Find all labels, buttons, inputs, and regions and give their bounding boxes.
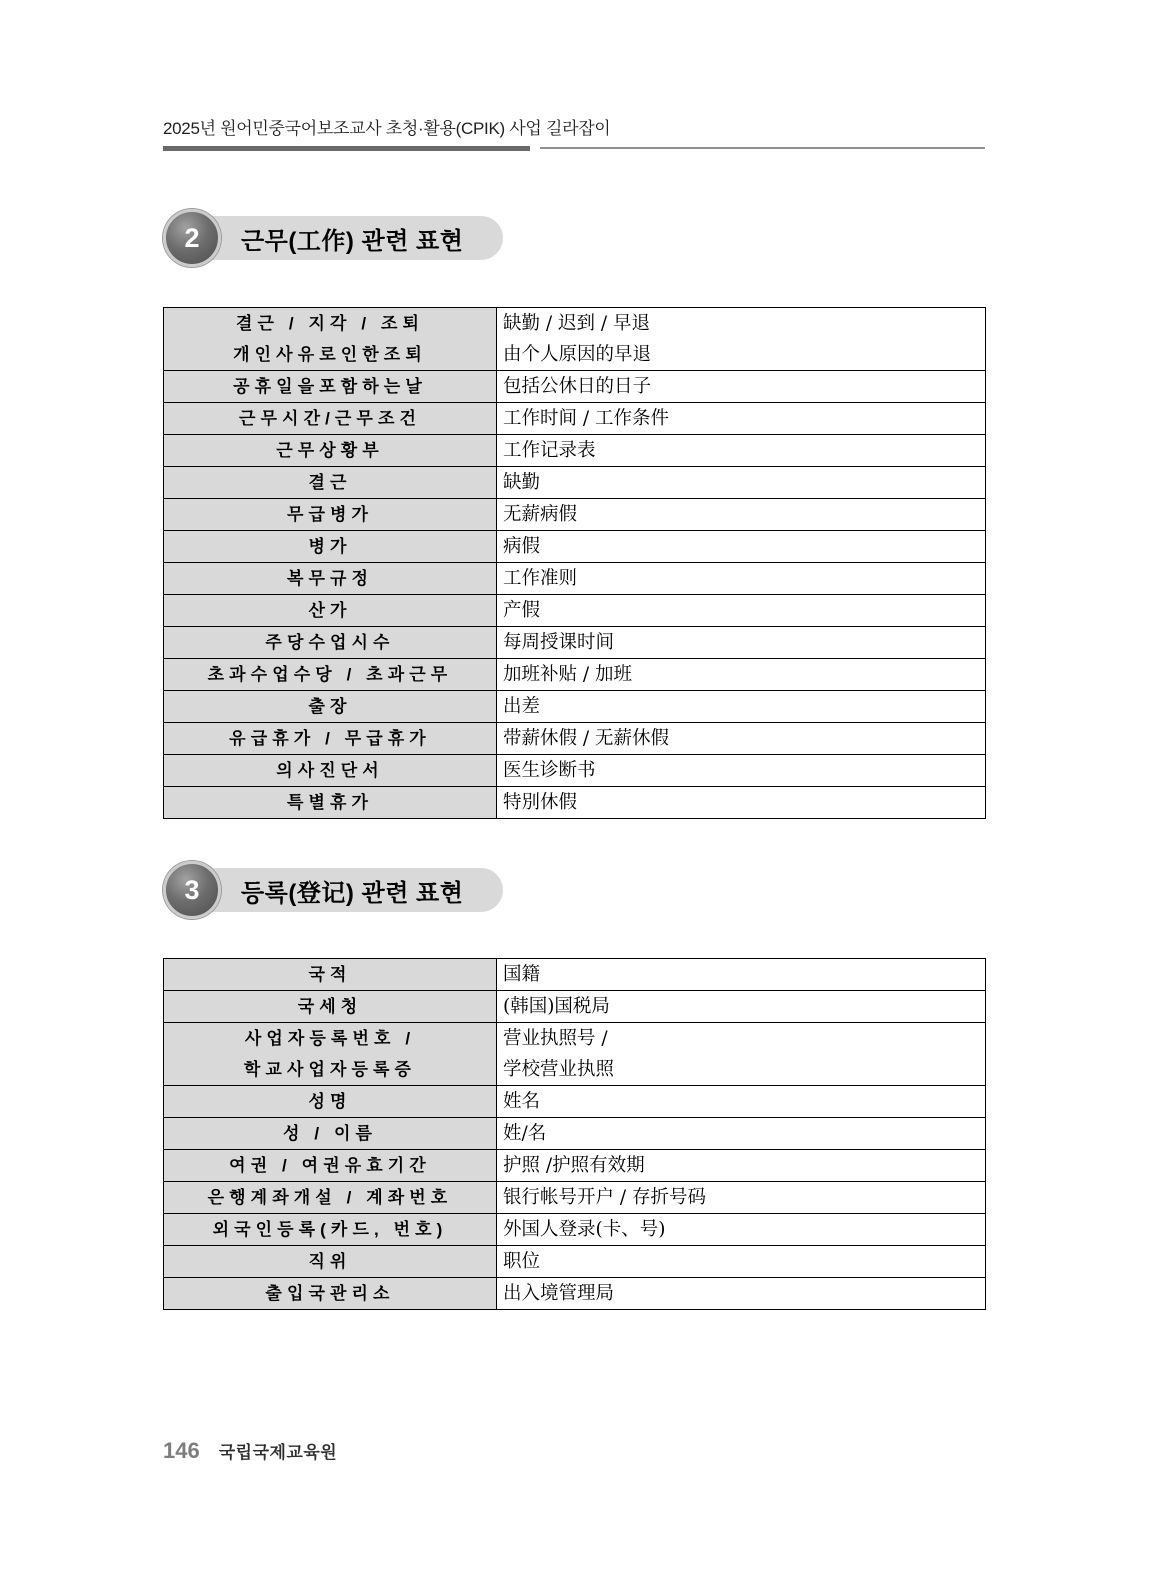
table-row: 공휴일을포함하는날包括公休日的日子 xyxy=(164,371,986,403)
chinese-translation-line: 医生诊断书 xyxy=(503,755,981,786)
table-row: 직위职位 xyxy=(164,1246,986,1278)
section-number-badge: 3 xyxy=(163,861,221,919)
chinese-translation-cell: 无薪病假 xyxy=(497,499,986,531)
chinese-translation-line: 加班补贴 / 加班 xyxy=(503,659,981,690)
korean-term-line: 의사진단서 xyxy=(166,755,494,786)
work-vocabulary-table: 결근 / 지각 / 조퇴개인사유로인한조퇴缺勤 / 迟到 / 早退由个人原因的早… xyxy=(163,307,986,819)
section-number: 3 xyxy=(184,875,199,906)
table-row: 초과수업수당 / 초과근무加班补贴 / 加班 xyxy=(164,659,986,691)
page-footer: 146 국립국제교육원 xyxy=(163,1438,337,1464)
korean-term-line: 산가 xyxy=(166,595,494,626)
korean-term-cell: 결근 xyxy=(164,467,497,499)
section-number: 2 xyxy=(184,223,199,254)
table-row: 병가病假 xyxy=(164,531,986,563)
chinese-translation-line: 由个人原因的早退 xyxy=(503,339,981,370)
section-title: 근무(工作) 관련 표현 xyxy=(241,221,463,256)
korean-term-line: 여권 / 여권유효기간 xyxy=(166,1150,494,1181)
chinese-translation-cell: 产假 xyxy=(497,595,986,627)
section-title-pill: 근무(工作) 관련 표현 xyxy=(189,216,503,260)
table-row: 무급병가无薪病假 xyxy=(164,499,986,531)
chinese-translation-line: 病假 xyxy=(503,531,981,562)
chinese-translation-line: 带薪休假 / 无薪休假 xyxy=(503,723,981,754)
korean-term-cell: 결근 / 지각 / 조퇴개인사유로인한조퇴 xyxy=(164,308,497,371)
table-row: 결근缺勤 xyxy=(164,467,986,499)
table-row: 은행계좌개설 / 계좌번호银行帐号开户 / 存折号码 xyxy=(164,1182,986,1214)
chinese-translation-line: 出入境管理局 xyxy=(503,1278,981,1309)
korean-term-cell: 은행계좌개설 / 계좌번호 xyxy=(164,1182,497,1214)
table-row: 국세청(韩国)国税局 xyxy=(164,991,986,1023)
chinese-translation-line: 银行帐号开户 / 存折号码 xyxy=(503,1182,981,1213)
chinese-translation-line: 国籍 xyxy=(503,959,981,990)
korean-term-line: 학교사업자등록증 xyxy=(166,1054,494,1085)
chinese-translation-line: 工作记录表 xyxy=(503,435,981,466)
table-row: 성명姓名 xyxy=(164,1086,986,1118)
table-row: 산가产假 xyxy=(164,595,986,627)
chinese-translation-cell: 缺勤 / 迟到 / 早退由个人原因的早退 xyxy=(497,308,986,371)
chinese-translation-cell: 病假 xyxy=(497,531,986,563)
chinese-translation-cell: (韩国)国税局 xyxy=(497,991,986,1023)
korean-term-cell: 근무상황부 xyxy=(164,435,497,467)
section-number-badge: 2 xyxy=(163,209,221,267)
korean-term-line: 직위 xyxy=(166,1246,494,1277)
table-row: 유급휴가 / 무급휴가带薪休假 / 无薪休假 xyxy=(164,723,986,755)
korean-term-line: 공휴일을포함하는날 xyxy=(166,371,494,402)
korean-term-line: 성 / 이름 xyxy=(166,1118,494,1149)
korean-term-cell: 특별휴가 xyxy=(164,787,497,819)
chinese-translation-cell: 带薪休假 / 无薪休假 xyxy=(497,723,986,755)
korean-term-line: 특별휴가 xyxy=(166,787,494,818)
chinese-translation-line: 出差 xyxy=(503,691,981,722)
chinese-translation-cell: 特別休假 xyxy=(497,787,986,819)
chinese-translation-line: 学校营业执照 xyxy=(503,1054,981,1085)
chinese-translation-line: 工作时间 / 工作条件 xyxy=(503,403,981,434)
korean-term-cell: 근무시간/근무조건 xyxy=(164,403,497,435)
korean-term-cell: 외국인등록(카드, 번호) xyxy=(164,1214,497,1246)
table-row: 국적国籍 xyxy=(164,959,986,991)
chinese-translation-cell: 每周授课时间 xyxy=(497,627,986,659)
korean-term-line: 은행계좌개설 / 계좌번호 xyxy=(166,1182,494,1213)
chinese-translation-line: 特別休假 xyxy=(503,787,981,818)
korean-term-line: 출입국관리소 xyxy=(166,1278,494,1309)
korean-term-cell: 직위 xyxy=(164,1246,497,1278)
chinese-translation-line: 无薪病假 xyxy=(503,499,981,530)
korean-term-line: 국세청 xyxy=(166,991,494,1022)
table-row: 사업자등록번호 /학교사업자등록증营业执照号 /学校营业执照 xyxy=(164,1023,986,1086)
chinese-translation-line: (韩国)国税局 xyxy=(503,991,981,1022)
header-rule-thin-segment xyxy=(540,147,985,149)
chinese-translation-line: 缺勤 xyxy=(503,467,981,498)
korean-term-line: 사업자등록번호 / xyxy=(166,1023,494,1054)
korean-term-cell: 의사진단서 xyxy=(164,755,497,787)
section-title-pill: 등록(登记) 관련 표현 xyxy=(189,868,503,912)
header-rule xyxy=(163,146,985,152)
korean-term-line: 출장 xyxy=(166,691,494,722)
chinese-translation-line: 缺勤 / 迟到 / 早退 xyxy=(503,308,981,339)
chinese-translation-cell: 职位 xyxy=(497,1246,986,1278)
korean-term-cell: 무급병가 xyxy=(164,499,497,531)
chinese-translation-line: 营业执照号 / xyxy=(503,1023,981,1054)
korean-term-line: 유급휴가 / 무급휴가 xyxy=(166,723,494,754)
korean-term-line: 근무시간/근무조건 xyxy=(166,403,494,434)
chinese-translation-line: 护照 /护照有效期 xyxy=(503,1150,981,1181)
table-row: 근무시간/근무조건工作时间 / 工作条件 xyxy=(164,403,986,435)
korean-term-cell: 복무규정 xyxy=(164,563,497,595)
table-row: 결근 / 지각 / 조퇴개인사유로인한조퇴缺勤 / 迟到 / 早退由个人原因的早… xyxy=(164,308,986,371)
chinese-translation-cell: 缺勤 xyxy=(497,467,986,499)
chinese-translation-cell: 营业执照号 /学校营业执照 xyxy=(497,1023,986,1086)
korean-term-line: 병가 xyxy=(166,531,494,562)
chinese-translation-cell: 工作时间 / 工作条件 xyxy=(497,403,986,435)
chinese-translation-cell: 国籍 xyxy=(497,959,986,991)
chinese-translation-cell: 加班补贴 / 加班 xyxy=(497,659,986,691)
header-rule-thick-segment xyxy=(163,146,530,151)
korean-term-cell: 국세청 xyxy=(164,991,497,1023)
korean-term-line: 결근 / 지각 / 조퇴 xyxy=(166,308,494,339)
registration-vocabulary-table: 국적国籍국세청(韩国)国税局사업자등록번호 /학교사업자등록증营业执照号 /学校… xyxy=(163,958,986,1310)
korean-term-line: 성명 xyxy=(166,1086,494,1117)
korean-term-line: 무급병가 xyxy=(166,499,494,530)
korean-term-line: 개인사유로인한조퇴 xyxy=(166,339,494,370)
korean-term-line: 주당수업시수 xyxy=(166,627,494,658)
chinese-translation-line: 职位 xyxy=(503,1246,981,1277)
korean-term-cell: 공휴일을포함하는날 xyxy=(164,371,497,403)
korean-term-cell: 출입국관리소 xyxy=(164,1278,497,1310)
table-row: 외국인등록(카드, 번호)外国人登录(卡、号) xyxy=(164,1214,986,1246)
chinese-translation-line: 工作准则 xyxy=(503,563,981,594)
korean-term-cell: 병가 xyxy=(164,531,497,563)
chinese-translation-cell: 包括公休日的日子 xyxy=(497,371,986,403)
chinese-translation-cell: 医生诊断书 xyxy=(497,755,986,787)
table-row: 복무규정工作准则 xyxy=(164,563,986,595)
chinese-translation-cell: 银行帐号开户 / 存折号码 xyxy=(497,1182,986,1214)
korean-term-cell: 출장 xyxy=(164,691,497,723)
chinese-translation-cell: 外国人登录(卡、号) xyxy=(497,1214,986,1246)
table-row: 출입국관리소出入境管理局 xyxy=(164,1278,986,1310)
table-row: 근무상황부工作记录表 xyxy=(164,435,986,467)
korean-term-line: 근무상황부 xyxy=(166,435,494,466)
korean-term-cell: 주당수업시수 xyxy=(164,627,497,659)
chinese-translation-cell: 护照 /护照有效期 xyxy=(497,1150,986,1182)
work-table-body: 결근 / 지각 / 조퇴개인사유로인한조퇴缺勤 / 迟到 / 早退由个人原因的早… xyxy=(164,308,986,819)
korean-term-cell: 여권 / 여권유효기간 xyxy=(164,1150,497,1182)
chinese-translation-line: 外国人登录(卡、号) xyxy=(503,1214,981,1245)
chinese-translation-cell: 姓名 xyxy=(497,1086,986,1118)
page-number: 146 xyxy=(163,1438,200,1464)
chinese-translation-line: 姓/名 xyxy=(503,1118,981,1149)
korean-term-cell: 성명 xyxy=(164,1086,497,1118)
chinese-translation-line: 产假 xyxy=(503,595,981,626)
table-row: 특별휴가特別休假 xyxy=(164,787,986,819)
chinese-translation-line: 每周授课时间 xyxy=(503,627,981,658)
table-row: 주당수업시수每周授课时间 xyxy=(164,627,986,659)
korean-term-cell: 산가 xyxy=(164,595,497,627)
korean-term-line: 외국인등록(카드, 번호) xyxy=(166,1214,494,1245)
document-title: 2025년 원어민중국어보조교사 초청·활용(CPIK) 사업 길라잡이 xyxy=(163,114,985,139)
table-row: 성 / 이름姓/名 xyxy=(164,1118,986,1150)
organization-name: 국립국제교육원 xyxy=(219,1438,337,1463)
chinese-translation-cell: 姓/名 xyxy=(497,1118,986,1150)
table-row: 여권 / 여권유효기간护照 /护照有效期 xyxy=(164,1150,986,1182)
chinese-translation-line: 姓名 xyxy=(503,1086,981,1117)
running-head: 2025년 원어민중국어보조교사 초청·활용(CPIK) 사업 길라잡이 xyxy=(163,114,985,139)
registration-table-body: 국적国籍국세청(韩国)国税局사업자등록번호 /학교사업자등록증营业执照号 /学校… xyxy=(164,959,986,1310)
korean-term-cell: 성 / 이름 xyxy=(164,1118,497,1150)
korean-term-cell: 초과수업수당 / 초과근무 xyxy=(164,659,497,691)
korean-term-cell: 사업자등록번호 /학교사업자등록증 xyxy=(164,1023,497,1086)
document-page: 2025년 원어민중국어보조교사 초청·활용(CPIK) 사업 길라잡이 근무(… xyxy=(0,0,1159,1571)
table-row: 출장出差 xyxy=(164,691,986,723)
korean-term-line: 초과수업수당 / 초과근무 xyxy=(166,659,494,690)
korean-term-line: 결근 xyxy=(166,467,494,498)
chinese-translation-cell: 出差 xyxy=(497,691,986,723)
korean-term-line: 복무규정 xyxy=(166,563,494,594)
korean-term-line: 국적 xyxy=(166,959,494,990)
table-row: 의사진단서医生诊断书 xyxy=(164,755,986,787)
chinese-translation-cell: 工作准则 xyxy=(497,563,986,595)
chinese-translation-cell: 工作记录表 xyxy=(497,435,986,467)
section-title: 등록(登记) 관련 표현 xyxy=(241,873,463,908)
chinese-translation-cell: 出入境管理局 xyxy=(497,1278,986,1310)
korean-term-cell: 국적 xyxy=(164,959,497,991)
korean-term-cell: 유급휴가 / 무급휴가 xyxy=(164,723,497,755)
chinese-translation-line: 包括公休日的日子 xyxy=(503,371,981,402)
